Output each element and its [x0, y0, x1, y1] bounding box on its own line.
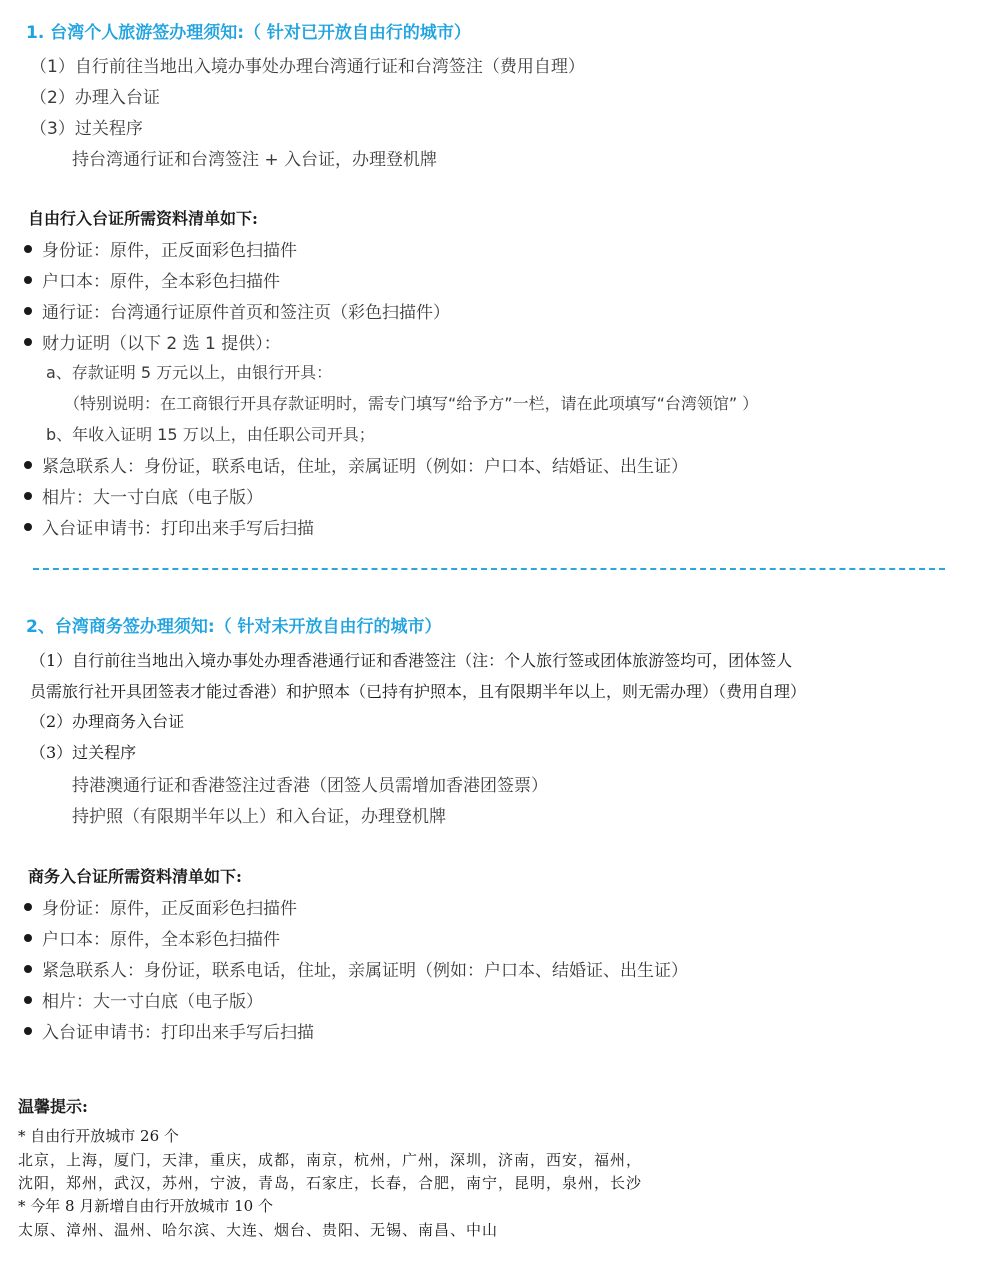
section1-step-3: （3）过关程序 — [30, 114, 143, 139]
section1-item: 通行证：台湾通行证原件首页和签注页（彩色扫描件） — [24, 298, 450, 323]
section1-step-1: （1）自行前往当地出入境办事处办理台湾通行证和台湾签注（费用自理） — [30, 52, 585, 77]
section1-item: 紧急联系人：身份证，联系电话，住址，亲属证明（例如：户口本、结婚证、出生证） — [24, 452, 688, 477]
tips-line-1: * 自由行开放城市 26 个 — [18, 1125, 179, 1146]
section1-procedure: 持台湾通行证和台湾签注 + 入台证，办理登机牌 — [72, 145, 437, 170]
section2-title: 2、台湾商务签办理须知:（ 针对未开放自由行的城市） — [26, 612, 442, 637]
section2-item: 入台证申请书：打印出来手写后扫描 — [24, 1018, 314, 1043]
bullet-icon — [24, 461, 32, 469]
tips-new-cities: 太原、漳州、温州、哈尔滨、大连、烟台、贵阳、无锡、南昌、中山 — [18, 1219, 498, 1240]
section1-item: 相片：大一寸白底（电子版） — [24, 483, 263, 508]
tips-cities-row-1: 北京，上海，厦门，天津，重庆，成都，南京，杭州，广州，深圳，济南，西安，福州， — [18, 1149, 642, 1170]
section2-item: 相片：大一寸白底（电子版） — [24, 987, 263, 1012]
section2-procedure-1: 持港澳通行证和香港签注过香港（团签人员需增加香港团签票） — [72, 771, 548, 796]
section2-list-title: 商务入台证所需资料清单如下: — [28, 864, 242, 887]
section2-item: 紧急联系人：身份证，联系电话，住址，亲属证明（例如：户口本、结婚证、出生证） — [24, 956, 688, 981]
bullet-icon — [24, 934, 32, 942]
section1-title: 1. 台湾个人旅游签办理须知:（ 针对已开放自由行的城市） — [26, 18, 471, 43]
section1-item: 身份证：原件，正反面彩色扫描件 — [24, 236, 297, 261]
section1-item: 入台证申请书：打印出来手写后扫描 — [24, 514, 314, 539]
section-divider — [33, 568, 945, 570]
bullet-icon — [24, 1027, 32, 1035]
bullet-icon — [24, 965, 32, 973]
bullet-icon — [24, 523, 32, 531]
finance-option-a: a、存款证明 5 万元以上，由银行开具： — [46, 360, 332, 383]
bullet-icon — [24, 492, 32, 500]
finance-note: （特别说明：在工商银行开具存款证明时，需专门填写“给予方”一栏，请在此项填写“台… — [64, 391, 758, 414]
tips-line-2: * 今年 8 月新增自由行开放城市 10 个 — [18, 1195, 273, 1216]
bullet-icon — [24, 245, 32, 253]
section2-item: 户口本：原件，全本彩色扫描件 — [24, 925, 280, 950]
section2-item: 身份证：原件，正反面彩色扫描件 — [24, 894, 297, 919]
bullet-icon — [24, 276, 32, 284]
section2-procedure-2: 持护照（有限期半年以上）和入台证，办理登机牌 — [72, 802, 446, 827]
bullet-icon — [24, 996, 32, 1004]
section1-item: 户口本：原件，全本彩色扫描件 — [24, 267, 280, 292]
section1-list-title: 自由行入台证所需资料清单如下: — [28, 206, 258, 229]
tips-cities-row-2: 沈阳，郑州，武汉，苏州，宁波，青岛，石家庄，长春，合肥，南宁，昆明，泉州，长沙 — [18, 1172, 642, 1193]
section2-step-1-line2: 员需旅行社开具团签表才能过香港）和护照本（已持有护照本，且有限期半年以上，则无需… — [30, 679, 806, 702]
section1-item: 财力证明（以下 2 选 1 提供）： — [24, 329, 281, 354]
section1-step-2: （2）办理入台证 — [30, 83, 160, 108]
section2-step-2: （2）办理商务入台证 — [30, 709, 184, 732]
bullet-icon — [24, 338, 32, 346]
section2-step-3: （3）过关程序 — [30, 740, 136, 763]
bullet-icon — [24, 903, 32, 911]
bullet-icon — [24, 307, 32, 315]
tips-title: 温馨提示: — [18, 1094, 88, 1117]
section2-step-1-line1: （1）自行前往当地出入境办事处办理香港通行证和香港签注（注：个人旅行签或团体旅游… — [30, 648, 792, 671]
finance-option-b: b、年收入证明 15 万以上，由任职公司开具； — [46, 422, 375, 445]
